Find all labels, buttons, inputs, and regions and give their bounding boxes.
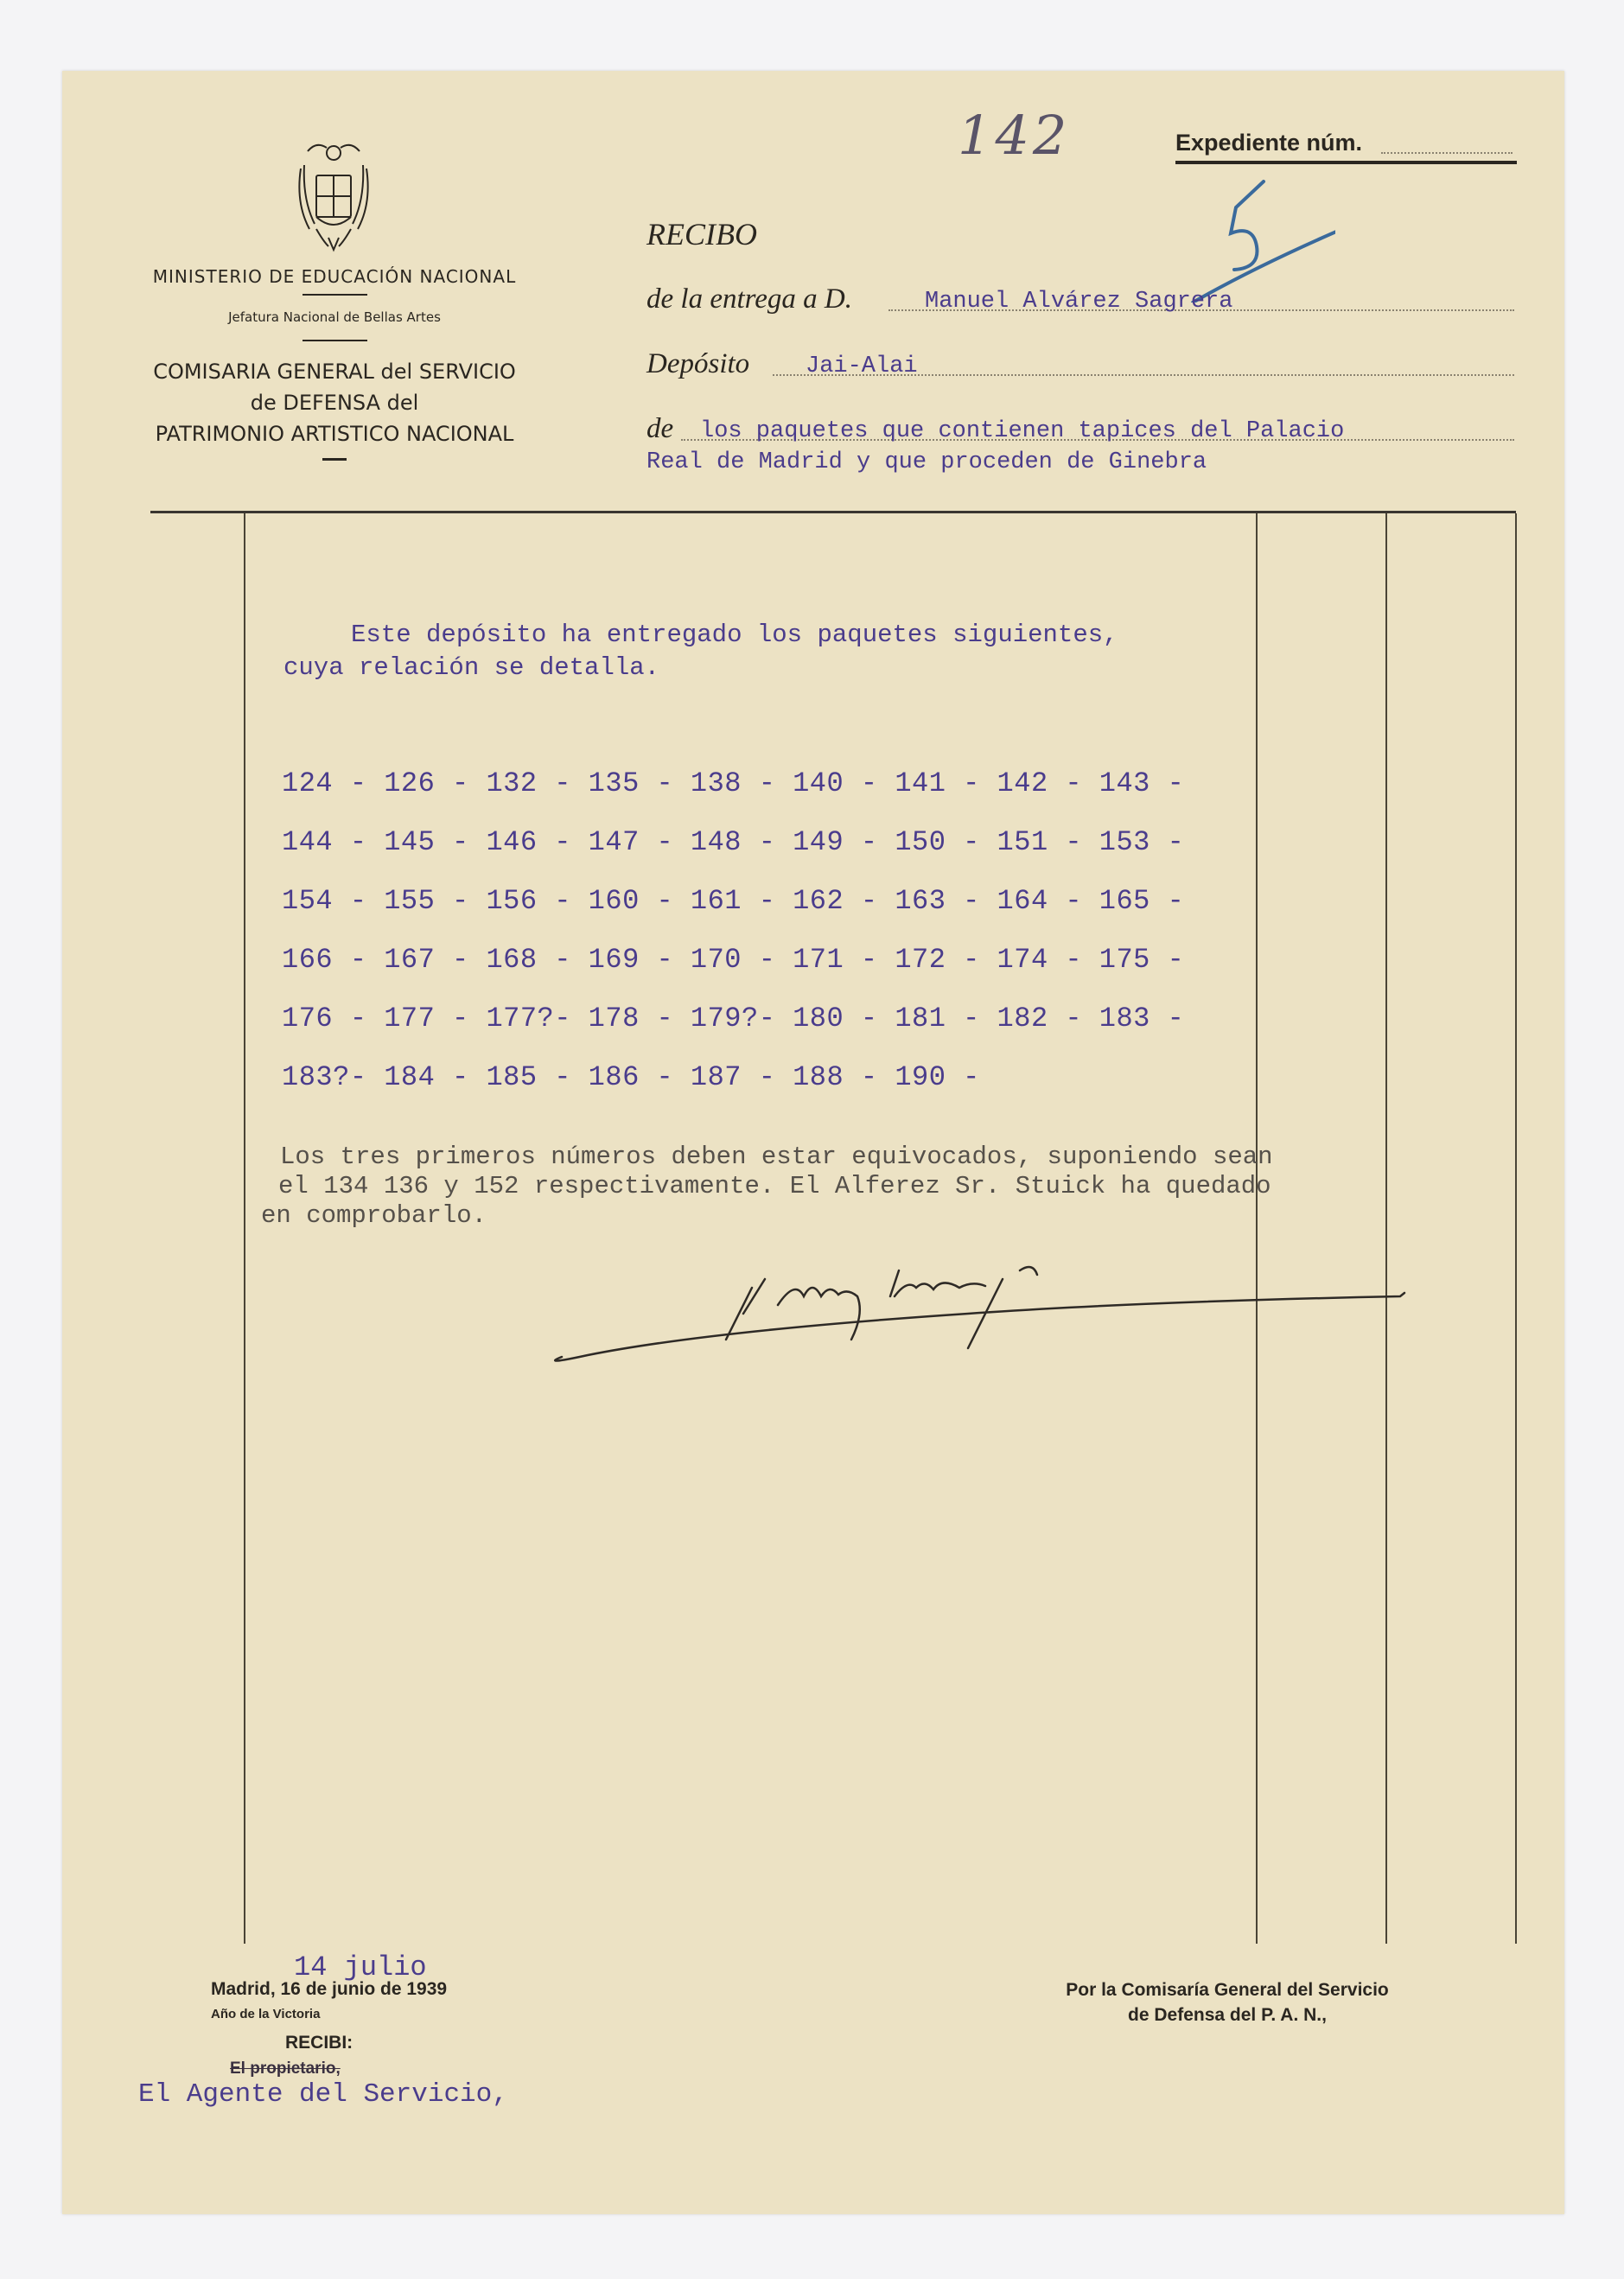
authority-line: de Defensa del P. A. N., xyxy=(1024,2002,1430,2028)
deposit-label: Depósito xyxy=(646,348,749,379)
ministry-name: MINISTERIO DE EDUCACIÓN NACIONAL xyxy=(140,266,529,287)
package-list-row: 183?- 184 - 185 - 186 - 187 - 188 - 190 … xyxy=(282,1061,980,1093)
commission-line: COMISARIA GENERAL del SERVICIO xyxy=(140,356,529,387)
package-list-row: 124 - 126 - 132 - 135 - 138 - 140 - 141 … xyxy=(282,767,1184,799)
commission-line: de DEFENSA del xyxy=(140,387,529,418)
packages-value: Real de Madrid y que proceden de Ginebra xyxy=(646,449,1207,475)
place-date: Madrid, 16 de junio de 1939 xyxy=(211,1979,447,2000)
column-rule xyxy=(1385,513,1387,1944)
note-text: Los tres primeros números deben estar eq… xyxy=(280,1143,1273,1231)
department-name: Jefatura Nacional de Bellas Artes xyxy=(140,309,529,325)
expediente-label: Expediente núm. xyxy=(1175,130,1362,156)
expediente-field xyxy=(1381,152,1513,154)
package-list-row: 176 - 177 - 177?- 178 - 179?- 180 - 181 … xyxy=(282,1003,1184,1034)
commission-line: PATRIMONIO ARTISTICO NACIONAL xyxy=(140,418,529,449)
delivery-label: de la entrega a D. xyxy=(646,283,852,315)
note-line: en comprobarlo. xyxy=(261,1201,1273,1231)
year-motto: Año de la Victoria xyxy=(211,2007,320,2021)
divider xyxy=(322,458,347,461)
delivery-row: de la entrega a D. Manuel Alvárez Sagrer… xyxy=(646,283,1514,315)
packages-label: de xyxy=(646,413,673,444)
table-top-rule xyxy=(150,511,1516,513)
note-line: el 134 136 y 152 respectivamente. El Alf… xyxy=(278,1172,1273,1201)
delivery-value: Manuel Alvárez Sagrera xyxy=(925,289,1232,315)
deposit-row: Depósito Jai-Alai xyxy=(646,348,1514,379)
expediente-rule xyxy=(1175,161,1517,164)
authority-block: Por la Comisaría General del Servicio de… xyxy=(1024,1977,1430,2028)
deposit-value: Jai-Alai xyxy=(806,353,918,379)
package-list-row: 144 - 145 - 146 - 147 - 148 - 149 - 150 … xyxy=(282,826,1184,858)
column-rule xyxy=(1515,513,1517,1944)
column-rule xyxy=(244,513,245,1944)
coat-of-arms-icon xyxy=(290,134,377,259)
packages-row: de los paquetes que contienen tapices de… xyxy=(646,413,1514,482)
receipt-title: RECIBO xyxy=(646,216,757,252)
signature xyxy=(536,1245,1417,1365)
package-list-row: 166 - 167 - 168 - 169 - 170 - 171 - 172 … xyxy=(282,944,1184,976)
authority-line: Por la Comisaría General del Servicio xyxy=(1024,1977,1430,2002)
package-list-row: 154 - 155 - 156 - 160 - 161 - 162 - 163 … xyxy=(282,885,1184,917)
packages-value: los paquetes que contienen tapices del P… xyxy=(700,418,1344,444)
intro-text: Este depósito ha entregado los paquetes … xyxy=(351,621,1118,649)
received-label: RECIBI: xyxy=(285,2033,353,2053)
note-line: Los tres primeros números deben estar eq… xyxy=(280,1143,1273,1172)
agent-role: El Agente del Servicio, xyxy=(138,2079,508,2110)
divider xyxy=(303,340,367,341)
commission-name: COMISARIA GENERAL del SERVICIO de DEFENS… xyxy=(140,356,529,449)
intro-text: cuya relación se detalla. xyxy=(283,653,659,682)
divider xyxy=(303,294,367,296)
stamped-number: 142 xyxy=(958,104,1070,167)
struck-role: El propietario, xyxy=(230,2059,341,2078)
